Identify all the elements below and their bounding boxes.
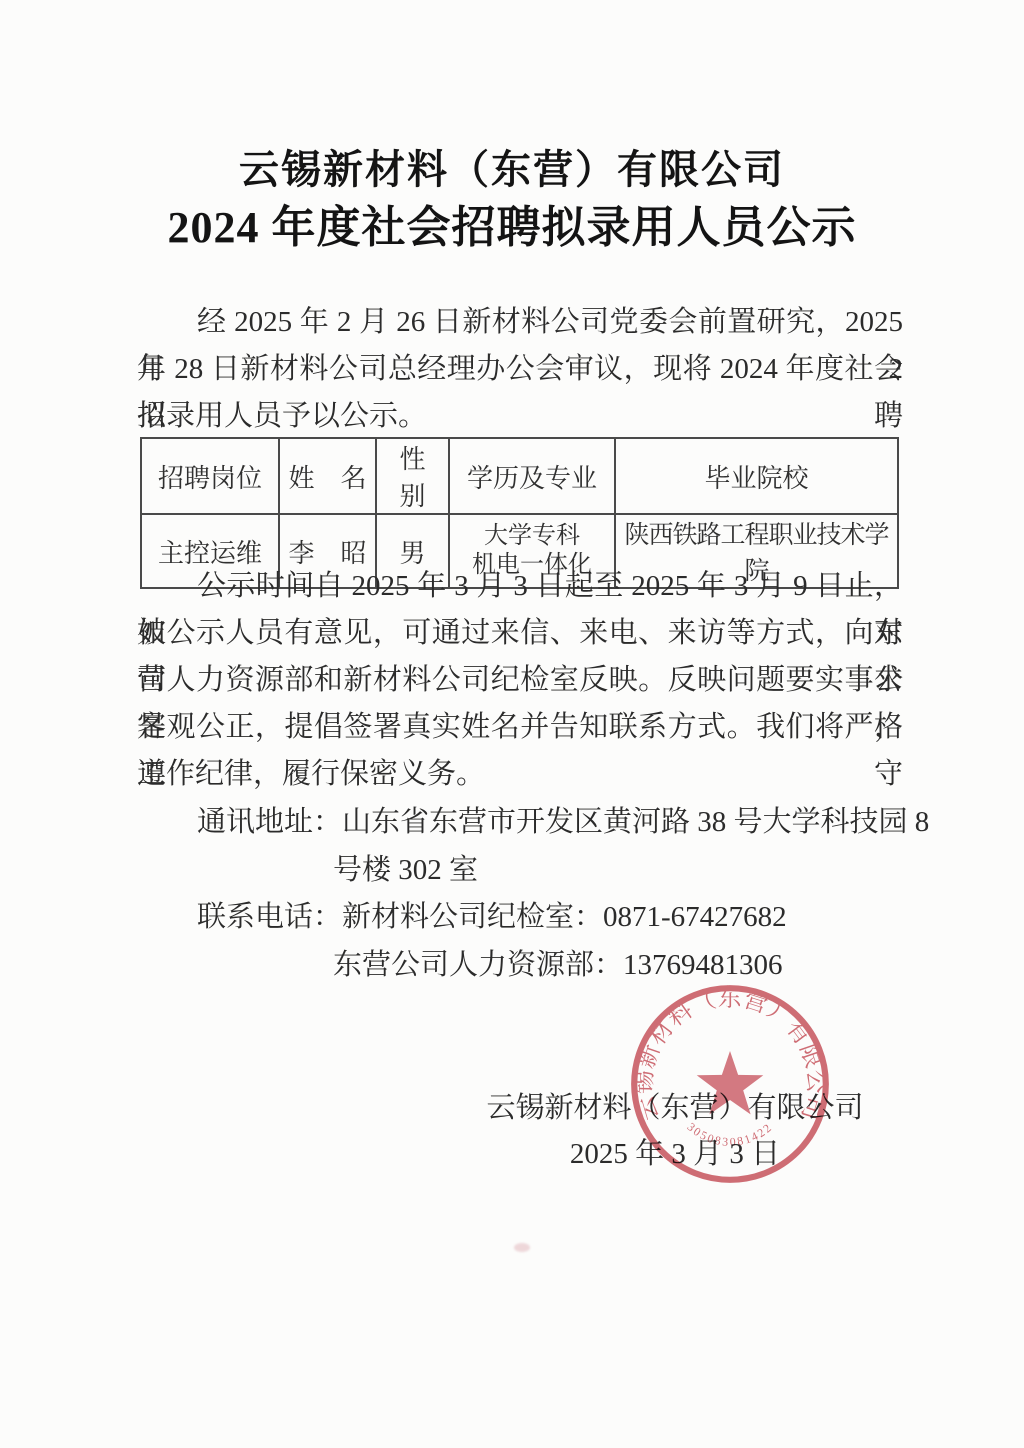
intro-paragraph: 经 2025 年 2 月 26 日新材料公司党委会前置研究，2025 年 2 月… — [137, 299, 903, 440]
paragraph-line: 司人力资源部和新材料公司纪检室反映。反映问题要实事求是， — [137, 657, 903, 704]
seal-code-text: 305083081422 — [685, 1120, 776, 1149]
official-seal: 云锡新材料（东营）有限公司 305083081422 — [627, 981, 833, 1187]
scan-smudge — [514, 1243, 530, 1252]
document-title-line1: 云锡新材料（东营）有限公司 — [0, 138, 1024, 195]
contact-phone-label: 联系电话： — [197, 901, 342, 933]
header-school: 毕业院校 — [615, 438, 898, 514]
document-title-line2: 2024 年度社会招聘拟录用人员公示 — [0, 191, 1024, 255]
header-name: 姓 名 — [279, 438, 376, 514]
contact-address-line: 通讯地址：山东省东营市开发区黄河路 38 号大学科技园 8 — [137, 799, 937, 847]
contact-address-value: 山东省东营市开发区黄河路 38 号大学科技园 8 — [342, 806, 929, 838]
paragraph-line: 经 2025 年 2 月 26 日新材料公司党委会前置研究，2025 年 2 — [137, 299, 903, 346]
contact-address-label: 通讯地址： — [197, 806, 342, 838]
header-education: 学历及专业 — [449, 438, 615, 514]
paragraph-line: 公示时间自 2025 年 3 月 3 日起至 2025 年 3 月 9 日止，如… — [137, 563, 903, 610]
seal-code-arc: 305083081422 — [685, 1120, 776, 1149]
seal-star-icon — [697, 1051, 764, 1114]
contact-address-continuation: 号楼 302 室 — [333, 847, 937, 895]
document-page: 云锡新材料（东营）有限公司 2024 年度社会招聘拟录用人员公示 经 2025 … — [0, 0, 1024, 1448]
education-level: 大学专科 — [450, 522, 614, 551]
header-gender: 性 别 — [376, 438, 449, 514]
paragraph-line: 月 28 日新材料公司总经理办公会审议，现将 2024 年度社会招聘 — [137, 346, 903, 393]
header-position: 招聘岗位 — [141, 438, 279, 514]
paragraph-line: 被公示人员有意见，可通过来信、来电、来访等方式，向东营公 — [137, 610, 903, 657]
notice-paragraph: 公示时间自 2025 年 3 月 3 日起至 2025 年 3 月 9 日止，如… — [137, 563, 903, 798]
contact-phone-value: 新材料公司纪检室：0871-67427682 — [342, 901, 787, 933]
contact-phone-line: 联系电话：新材料公司纪检室：0871-67427682 — [137, 894, 937, 942]
paragraph-line: 客观公正，提倡签署真实姓名并告知联系方式。我们将严格遵守 — [137, 704, 903, 751]
table-header-row: 招聘岗位 姓 名 性 别 学历及专业 毕业院校 — [141, 438, 898, 514]
contact-block: 通讯地址：山东省东营市开发区黄河路 38 号大学科技园 8 号楼 302 室 联… — [137, 799, 937, 989]
